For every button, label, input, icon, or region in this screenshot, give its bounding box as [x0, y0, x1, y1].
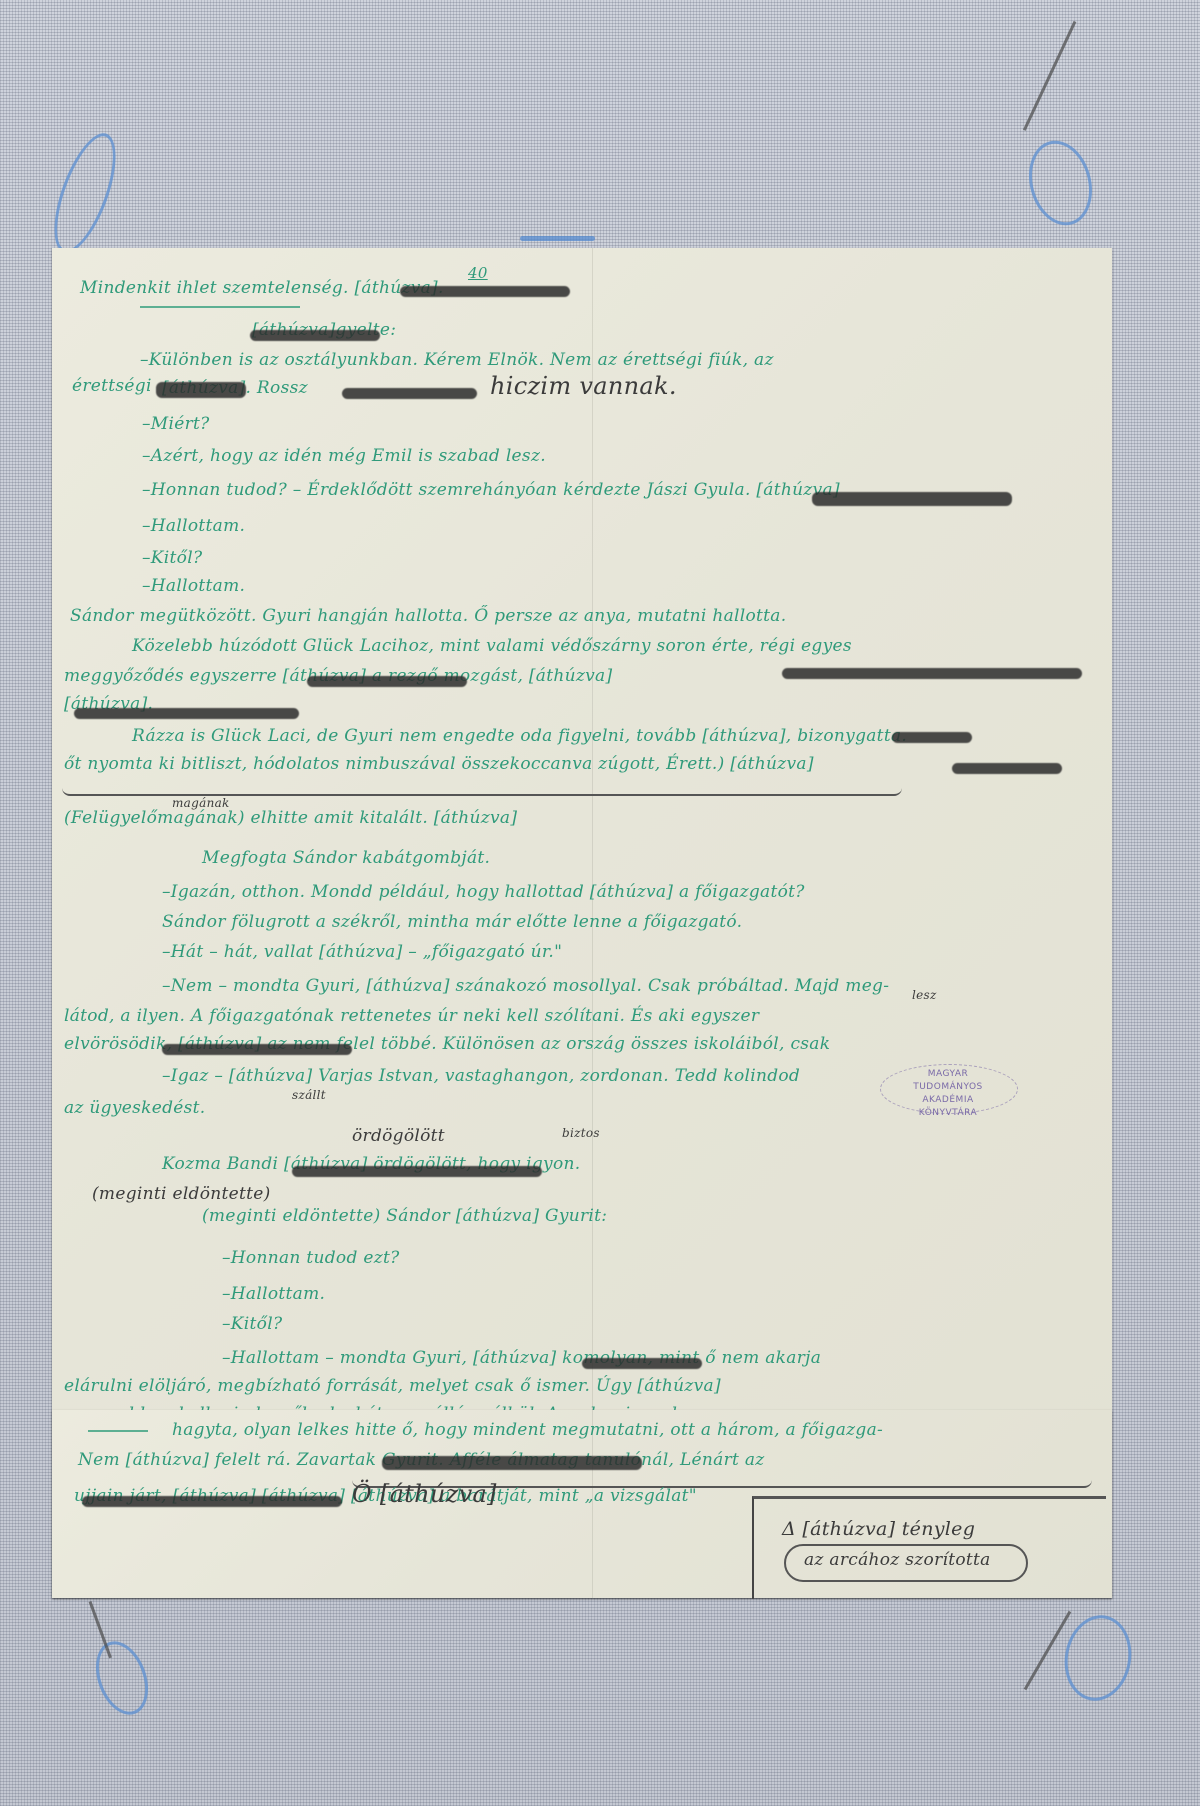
margin-note-line: az arcához szorította [804, 1550, 991, 1570]
pencil-strikeout [782, 668, 1082, 679]
pencil-zigzag-strikeout [382, 1456, 642, 1470]
pencil-strikeout [74, 708, 299, 719]
manuscript-line: (Felügyelőmagának) elhitte amit kitalált… [64, 808, 517, 828]
underline-bracket [140, 306, 300, 308]
manuscript-line: –Azért, hogy az idén még Emil is szabad … [142, 446, 546, 466]
crayon-loop-bottom-left [86, 1634, 157, 1722]
manuscript-line: –Kitől? [222, 1314, 282, 1334]
manuscript-line: Sándor megütközött. Gyuri hangján hallot… [70, 606, 786, 626]
library-stamp: MAGYAR TUDOMÁNYOS AKADÉMIA KÖNYVTÁRA [888, 1068, 1008, 1120]
manuscript-line: Mindenkit ihlet szemtelenség. [áthúzva]. [80, 278, 444, 298]
manuscript-line: –Hallottam. [142, 516, 245, 536]
manuscript-line: –Miért? [142, 414, 210, 434]
manuscript-line: látod, a ilyen. A főigazgatónak rettenet… [64, 1006, 759, 1026]
pencil-strikeout [582, 1358, 702, 1369]
manuscript-page-lower: hagyta, olyan lelkes hitte ő, hogy minde… [52, 1410, 1112, 1598]
insertion-marker [88, 1430, 148, 1432]
manuscript-line: –Hallottam. [222, 1284, 325, 1304]
manuscript-line: –Hát – hát, vallat [áthúzva] – „főigazga… [162, 942, 562, 962]
pencil-strikeout [292, 1166, 542, 1177]
manuscript-line: hagyta, olyan lelkes hitte ő, hogy minde… [172, 1420, 883, 1440]
manuscript-line: –Honnan tudod? – Érdeklődött szemrehányó… [142, 480, 840, 500]
pencil-strikeout [82, 1496, 342, 1507]
pencil-strikeout [342, 388, 477, 399]
page-number: 40 [468, 264, 488, 282]
margin-note-line: Δ [áthúzva] tényleg [782, 1518, 975, 1540]
manuscript-line: –Igazán, otthon. Mondd például, hogy hal… [162, 882, 805, 902]
pencil-insertion: magának [172, 796, 230, 810]
manuscript-line: –Kitől? [142, 548, 202, 568]
manuscript-page: 40 Mindenkit ihlet szemtelenség. [áthúzv… [52, 248, 1112, 1598]
manuscript-line: elárulni elöljáró, megbízható forrását, … [64, 1376, 721, 1396]
manuscript-line: Megfogta Sándor kabátgombját. [202, 848, 490, 868]
pencil-insertion-circled: (meginti eldöntette) [92, 1184, 271, 1204]
manuscript-line: Rázza is Glück Laci, de Gyuri nem engedt… [132, 726, 907, 746]
pencil-strikeout [892, 732, 972, 743]
manuscript-line: –Hallottam. [142, 576, 245, 596]
pencil-insertion: lesz [912, 988, 937, 1002]
manuscript-line: érettségi [72, 376, 152, 396]
pencil-strikeout [162, 1044, 352, 1055]
manuscript-line: –Különben is az osztályunkban. Kérem Eln… [140, 350, 774, 370]
pencil-zigzag-strikeout [156, 382, 246, 398]
manuscript-line: (meginti eldöntette) Sándor [áthúzva] Gy… [202, 1206, 607, 1226]
manuscript-line: –Honnan tudod ezt? [222, 1248, 400, 1268]
manuscript-line: –Nem – mondta Gyuri, [áthúzva] szánakozó… [162, 976, 889, 996]
stamp-border [880, 1064, 1018, 1114]
pencil-loop-connector [62, 780, 902, 796]
crayon-dash-top [520, 236, 595, 241]
pencil-strikeout [400, 286, 570, 297]
manuscript-line: –Igaz – [áthúzva] Varjas Istvan, vastagh… [162, 1066, 800, 1086]
manuscript-line: Sándor fölugrott a székről, mintha már e… [162, 912, 742, 932]
pencil-insertion: biztos [562, 1126, 600, 1140]
pencil-strikeout [812, 492, 1012, 506]
pencil-strikeout [307, 676, 467, 687]
pencil-strikeout [952, 763, 1062, 774]
crayon-loop-top-right [1020, 134, 1101, 233]
manuscript-line: őt nyomta ki bitliszt, hódolatos nimbusz… [64, 754, 814, 774]
pencil-insertion: ördögölött [352, 1126, 445, 1146]
pencil-strikeout [250, 330, 380, 341]
manuscript-line: az ügyeskedést. [64, 1098, 205, 1118]
pencil-mark-bottom-right [1024, 1611, 1072, 1690]
crayon-loop-top-left [42, 126, 128, 260]
manuscript-line: Közelebb húzódott Glück Lacihoz, mint va… [132, 636, 852, 656]
manuscript-line: Ö [áthúzva] [352, 1480, 497, 1508]
manuscript-line: –Hallottam – mondta Gyuri, [áthúzva] kom… [222, 1348, 821, 1368]
manuscript-line: hiczim vannak. [490, 372, 677, 400]
pencil-mark-top-right [1023, 21, 1076, 131]
pencil-insertion: szállt [292, 1088, 326, 1102]
crayon-loop-bottom-right [1058, 1610, 1138, 1706]
